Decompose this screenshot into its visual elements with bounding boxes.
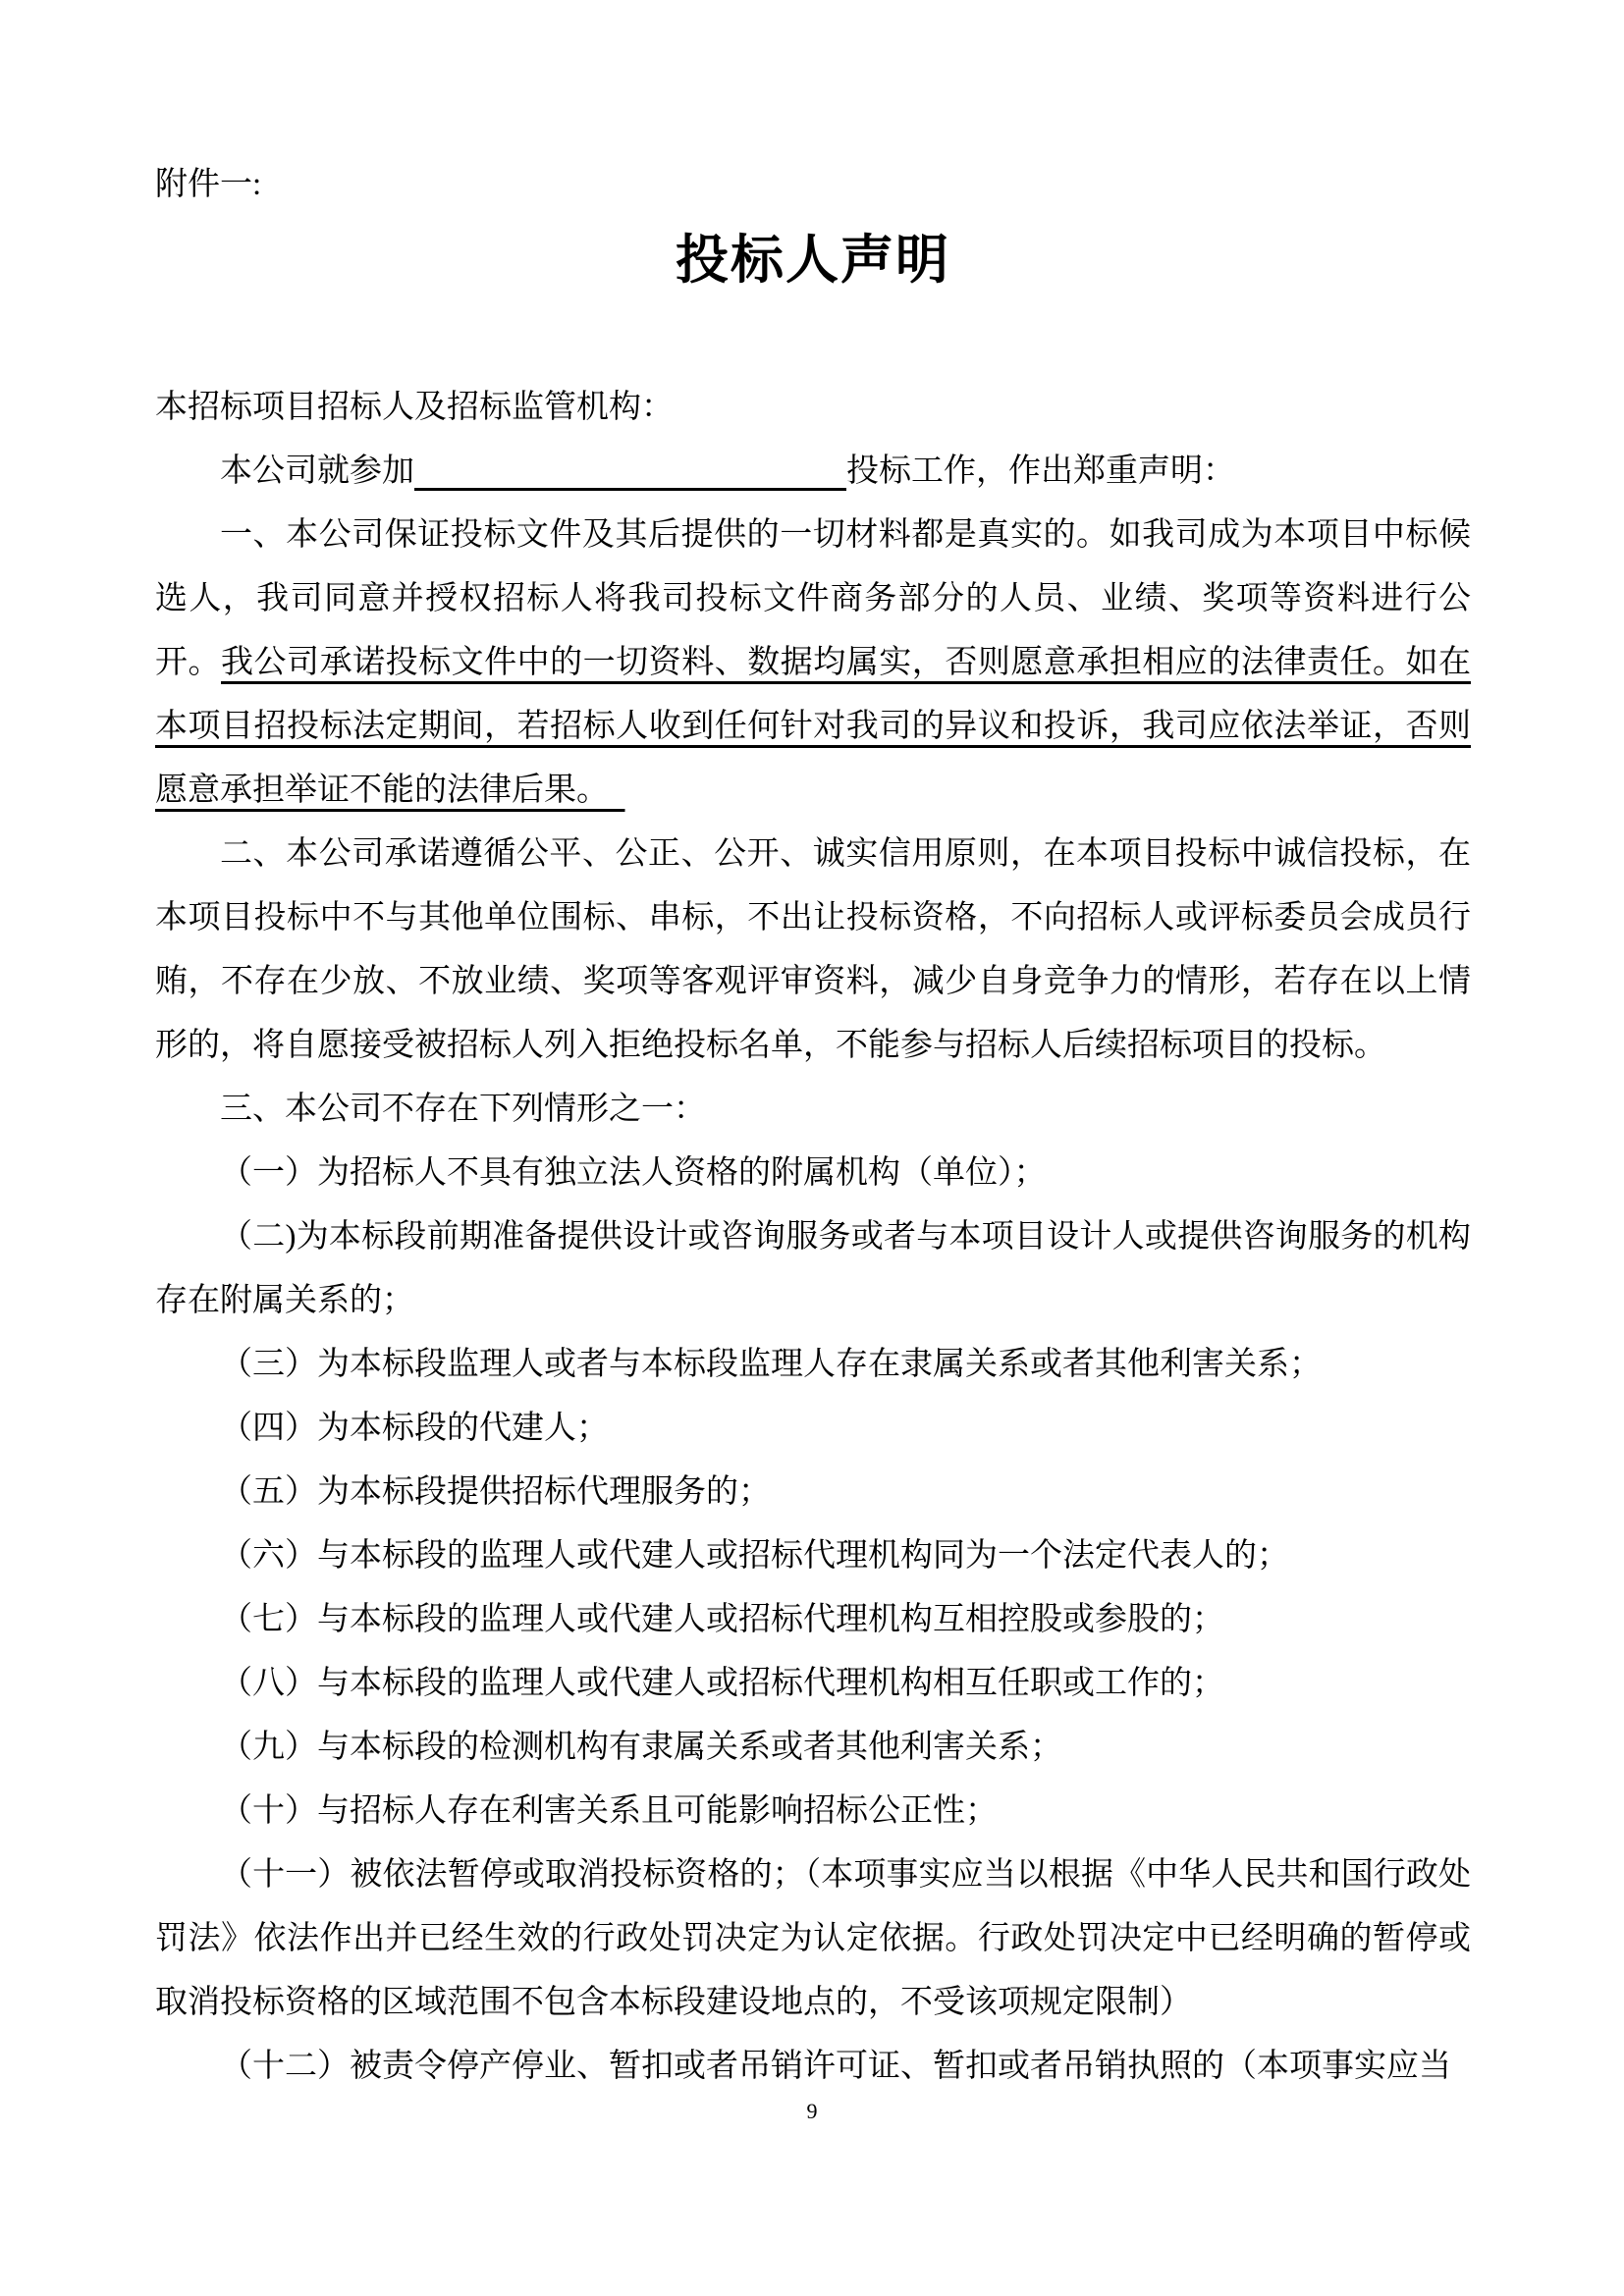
paragraph-one-underlined: 我公司承诺投标文件中的一切资料、数据均属实，否则愿意承担相应的法律责任。如在本项… bbox=[155, 645, 1471, 808]
participation-prefix: 本公司就参加 bbox=[220, 454, 414, 489]
paragraph-one: 一、本公司保证投标文件及其后提供的一切材料都是真实的。如我司成为本项目中标候选人… bbox=[155, 504, 1471, 823]
document-title: 投标人声明 bbox=[155, 221, 1471, 299]
document-page: 附件一: 投标人声明 本招标项目招标人及招标监管机构： 本公司就参加投标工作，作… bbox=[0, 0, 1624, 2296]
list-item: （二)为本标段前期准备提供设计或咨询服务或者与本项目设计人或提供咨询服务的机构存… bbox=[155, 1205, 1471, 1333]
list-item: （三）为本标段监理人或者与本标段监理人存在隶属关系或者其他利害关系； bbox=[155, 1333, 1471, 1397]
list-item: （五）为本标段提供招标代理服务的； bbox=[155, 1461, 1471, 1524]
paragraph-three-heading: 三、本公司不存在下列情形之一： bbox=[155, 1078, 1471, 1142]
intro-line: 本招标项目招标人及招标监管机构： bbox=[155, 376, 1471, 440]
document-body: 本招标项目招标人及招标监管机构： 本公司就参加投标工作，作出郑重声明： 一、本公… bbox=[155, 376, 1471, 2099]
page-number: 9 bbox=[0, 2097, 1624, 2126]
list-item: （八）与本标段的监理人或代建人或招标代理机构相互任职或工作的； bbox=[155, 1652, 1471, 1716]
list-item: （十一）被依法暂停或取消投标资格的；（本项事实应当以根据《中华人民共和国行政处罚… bbox=[155, 1843, 1471, 2035]
list-item: （十二）被责令停产停业、暂扣或者吊销许可证、暂扣或者吊销执照的（本项事实应当 bbox=[155, 2035, 1471, 2099]
list-item: （七）与本标段的监理人或代建人或招标代理机构互相控股或参股的； bbox=[155, 1588, 1471, 1652]
list-item: （十）与招标人存在利害关系且可能影响招标公正性； bbox=[155, 1780, 1471, 1843]
participation-suffix: 投标工作，作出郑重声明： bbox=[846, 454, 1235, 489]
participation-line: 本公司就参加投标工作，作出郑重声明： bbox=[155, 440, 1471, 504]
paragraph-two: 二、本公司承诺遵循公平、公正、公开、诚实信用原则，在本项目投标中诚信投标，在本项… bbox=[155, 823, 1471, 1078]
list-item: （一）为招标人不具有独立法人资格的附属机构（单位）； bbox=[155, 1142, 1471, 1205]
list-item: （九）与本标段的检测机构有隶属关系或者其他利害关系； bbox=[155, 1716, 1471, 1780]
list-item: （四）为本标段的代建人； bbox=[155, 1397, 1471, 1461]
list-item: （六）与本标段的监理人或代建人或招标代理机构同为一个法定代表人的； bbox=[155, 1524, 1471, 1588]
attachment-label: 附件一: bbox=[155, 153, 1471, 217]
fill-in-blank-line bbox=[414, 458, 846, 491]
